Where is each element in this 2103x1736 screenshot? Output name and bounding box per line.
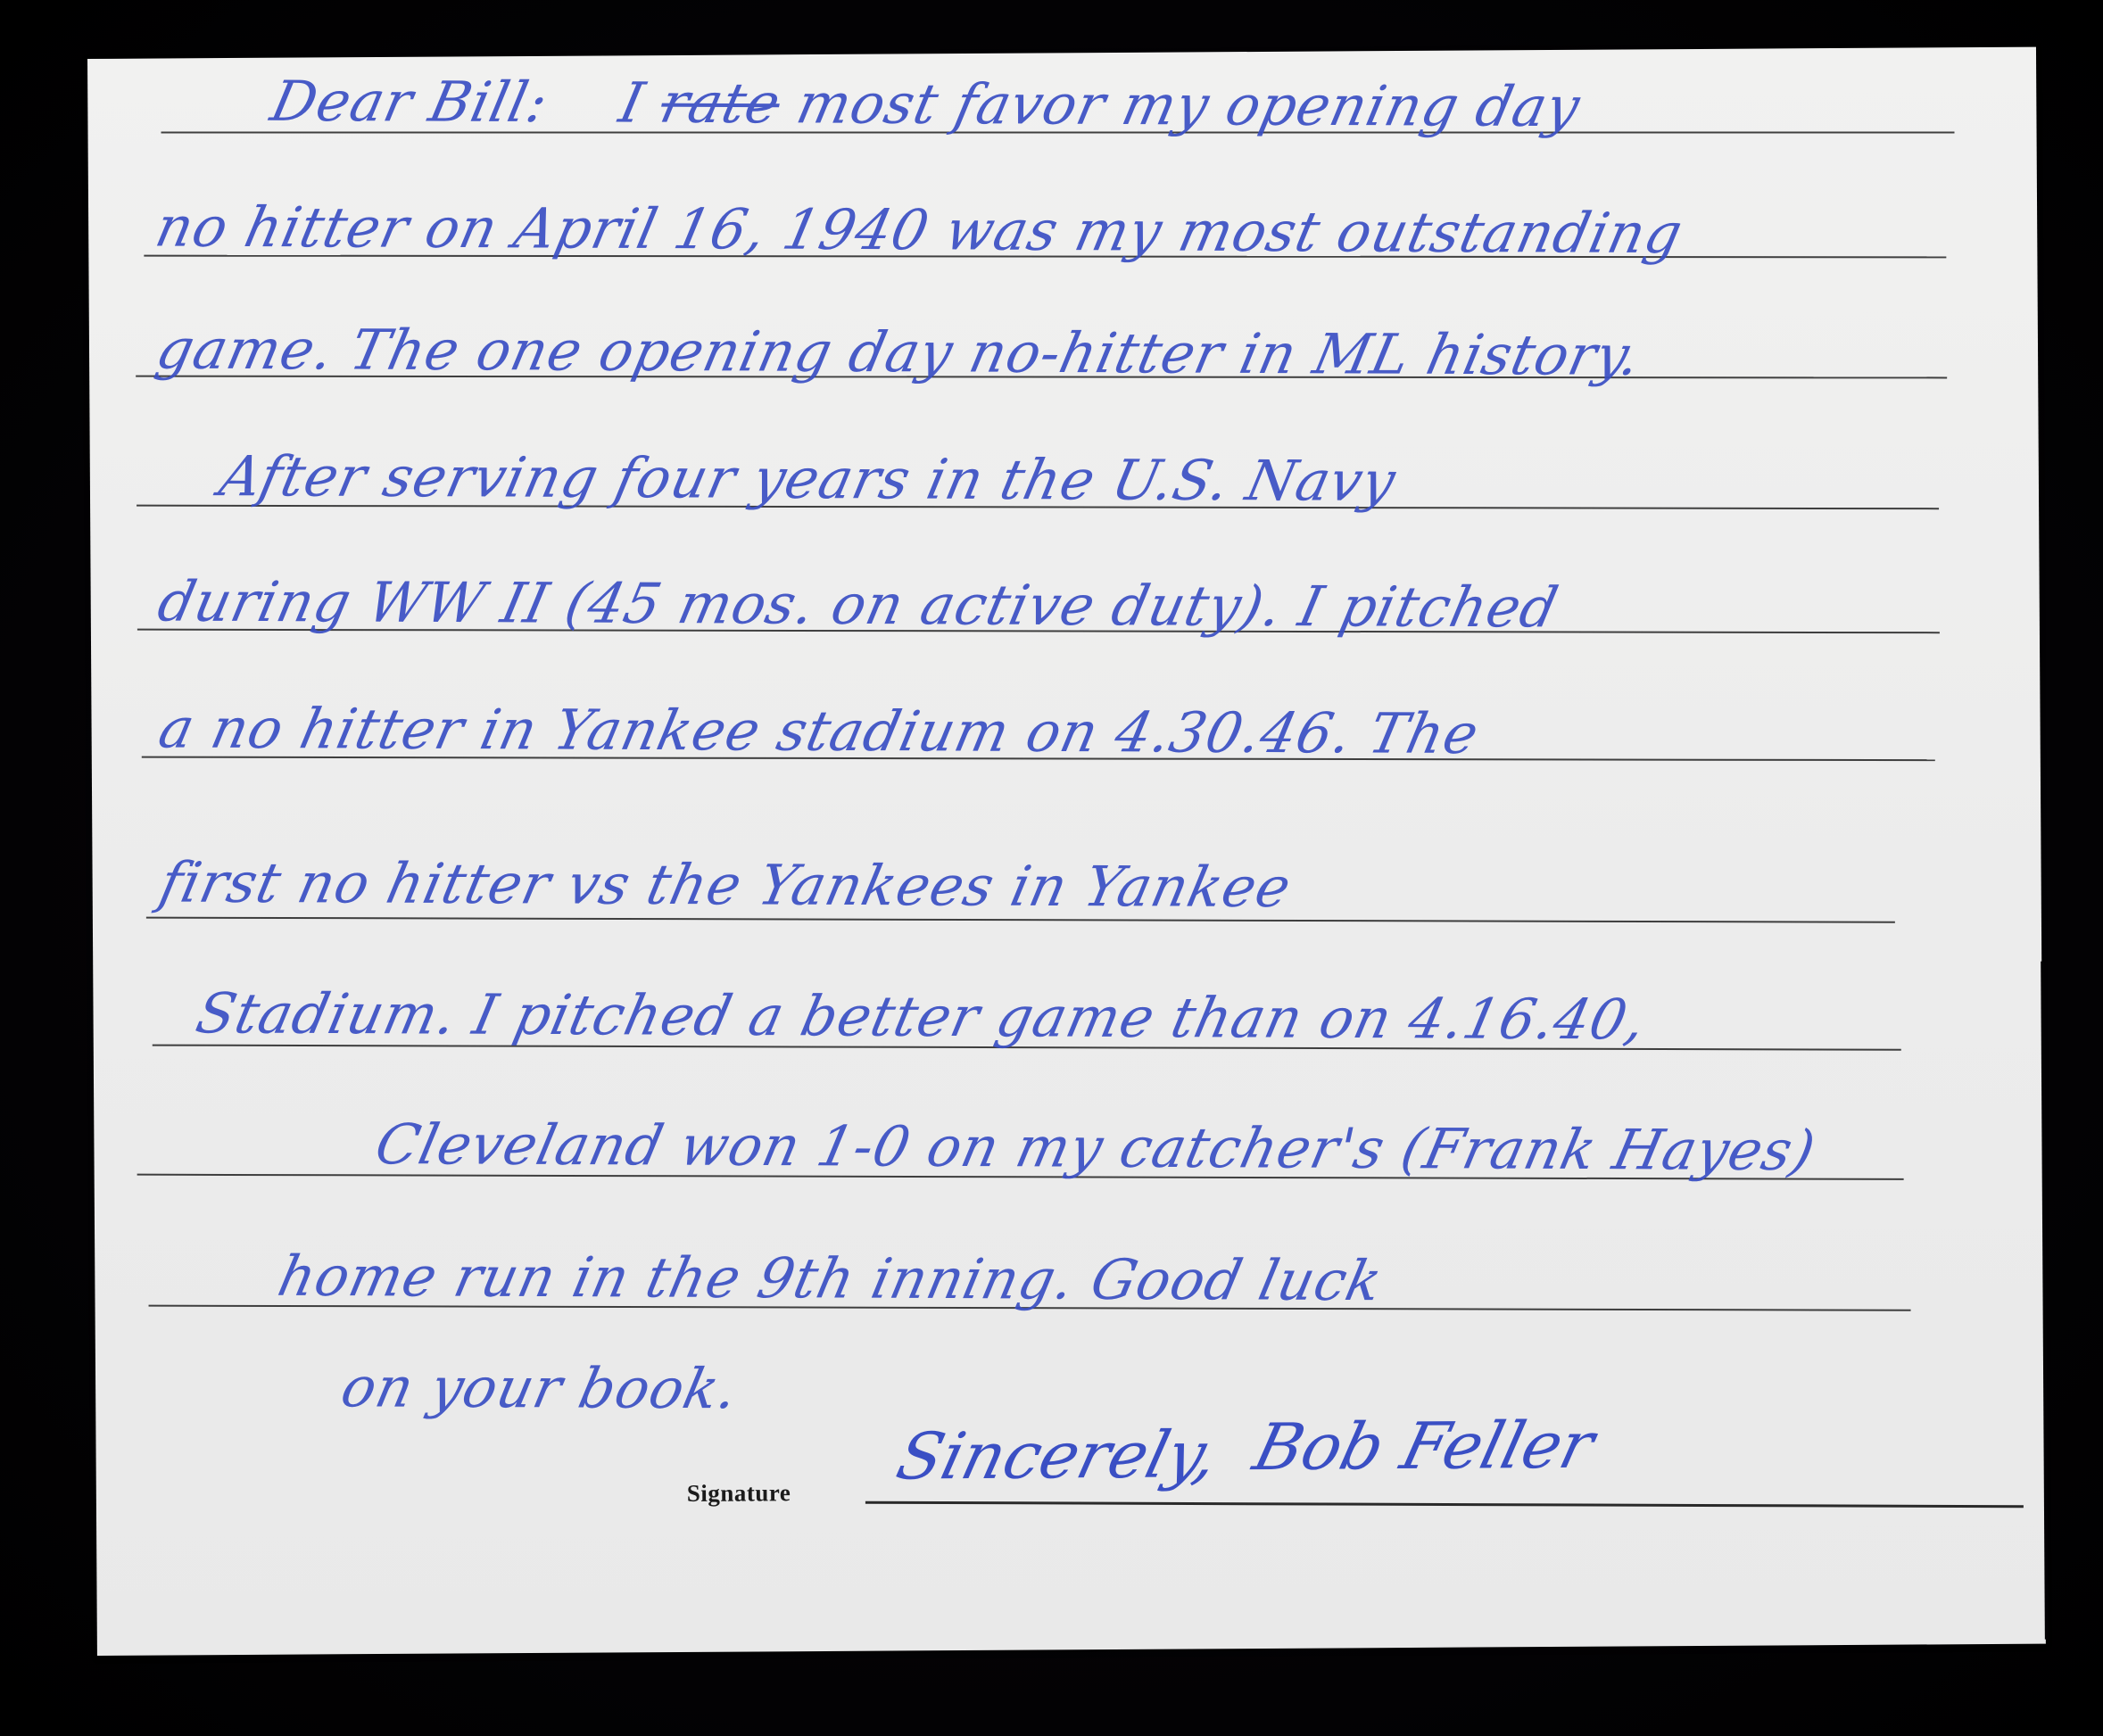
signature-line (865, 1501, 2024, 1509)
handwritten-line-11: on your book. (336, 1360, 743, 1417)
handwritten-line-4: After serving four years in the U.S. Nav… (215, 449, 1401, 509)
handwritten-line-7: first no hitter vs the Yankees in Yankee (155, 855, 1296, 915)
signature-label: Signature (687, 1479, 791, 1508)
handwritten-line-9: Cleveland won 1-0 on my catcher's (Frank… (371, 1117, 1821, 1178)
handwritten-line-5: during WW II (45 mos. on active duty). I… (153, 574, 1563, 635)
handwritten-line-8: Stadium. I pitched a better game than on… (192, 986, 1652, 1047)
letter-paper: Dear Bill: I rate most favor my opening … (87, 47, 2046, 1656)
greeting: Dear Bill: (265, 69, 554, 135)
struck-word: rate (655, 70, 787, 136)
handwritten-line-6: a no hitter in Yankee stadium on 4.30.46… (154, 700, 1484, 762)
handwritten-line-2: no hitter on April 16, 1940 was my most … (151, 199, 1687, 261)
line-1-rest: I rate most favor my opening day (559, 70, 1586, 139)
handwritten-line-10: home run in the 9th inning. Good luck (274, 1249, 1387, 1309)
handwritten-line-3: game. The one opening day no-hitter in M… (152, 321, 1645, 383)
handwritten-line-1: Dear Bill: I rate most favor my opening … (266, 74, 1585, 136)
closing: Sincerely, (890, 1417, 1225, 1493)
signature: Bob Feller (1246, 1408, 1601, 1484)
